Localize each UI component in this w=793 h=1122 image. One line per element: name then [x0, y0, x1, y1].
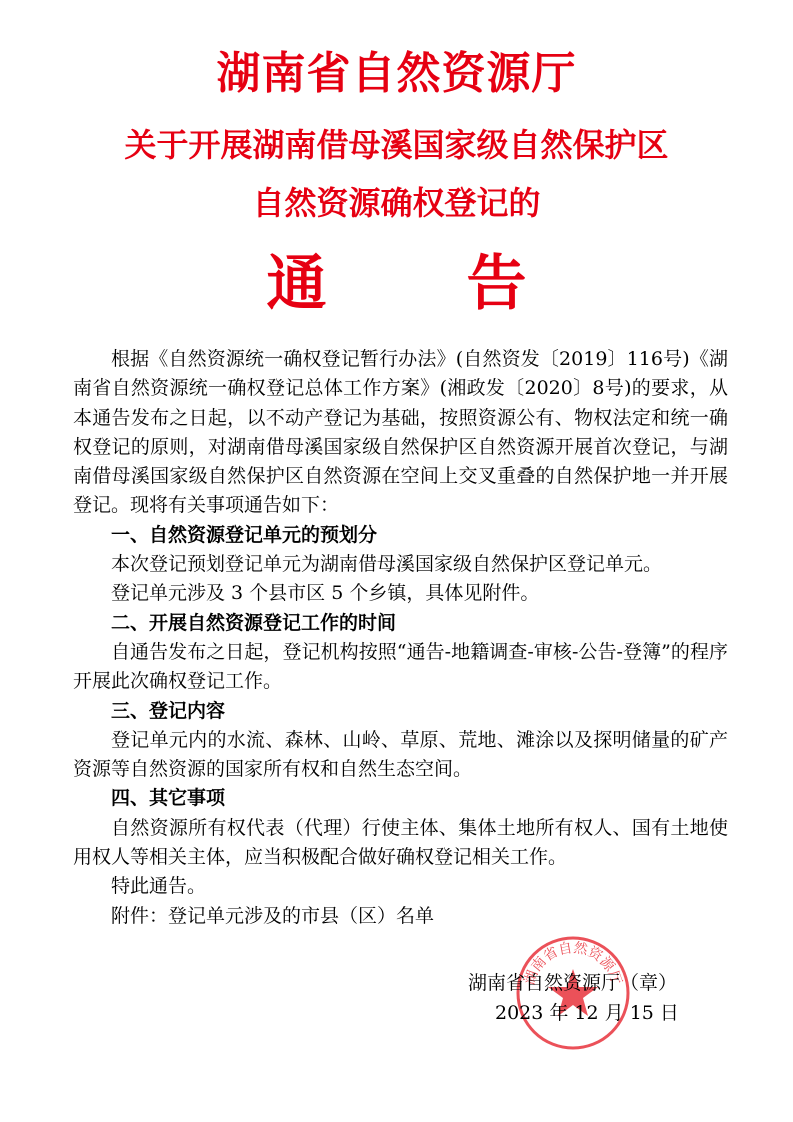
section-1-heading: 一、自然资源登记单元的预划分: [73, 521, 728, 550]
closing-line: 特此通告。: [73, 872, 728, 901]
section-1-paragraph-1: 本次登记预划登记单元为湖南借母溪国家级自然保护区登记单元。: [73, 550, 728, 579]
subject-line-2: 自然资源确权登记的: [0, 178, 793, 228]
notice-body: 根据《自然资源统一确权登记暂行办法》(自然资发〔2019〕116号)《湖南省自然…: [73, 345, 728, 931]
section-3-heading: 三、登记内容: [73, 697, 728, 726]
attachment-line: 附件：登记单元涉及的市县（区）名单: [73, 902, 728, 931]
section-4-paragraph-1: 自然资源所有权代表（代理）行使主体、集体土地所有权人、国有土地使用权人等相关主体…: [73, 814, 728, 873]
section-1-paragraph-2: 登记单元涉及 3 个县市区 5 个乡镇，具体见附件。: [73, 579, 728, 608]
issuer-title: 湖南省自然资源厅: [0, 44, 793, 104]
section-2-heading: 二、开展自然资源登记工作的时间: [73, 609, 728, 638]
section-2-paragraph-1: 自通告发布之日起，登记机构按照“通告-地籍调查-审核-公告-登簿”的程序开展此次…: [73, 638, 728, 697]
signature-date: 2023 年 12 月 15 日: [468, 998, 679, 1028]
doc-type-char-2: 告: [467, 242, 527, 326]
signature-issuer: 湖南省自然资源厅（章）: [468, 968, 679, 998]
intro-paragraph: 根据《自然资源统一确权登记暂行办法》(自然资发〔2019〕116号)《湖南省自然…: [73, 345, 728, 521]
signature-block: 湖南省自然资源厅（章） 2023 年 12 月 15 日: [468, 968, 679, 1028]
section-3-paragraph-1: 登记单元内的水流、森林、山岭、草原、荒地、滩涂以及探明储量的矿产资源等自然资源的…: [73, 726, 728, 785]
subject-line-1: 关于开展湖南借母溪国家级自然保护区: [0, 120, 793, 170]
doc-type-title: 通告: [0, 242, 793, 326]
section-4-heading: 四、其它事项: [73, 784, 728, 813]
doc-type-char-1: 通: [267, 242, 327, 326]
